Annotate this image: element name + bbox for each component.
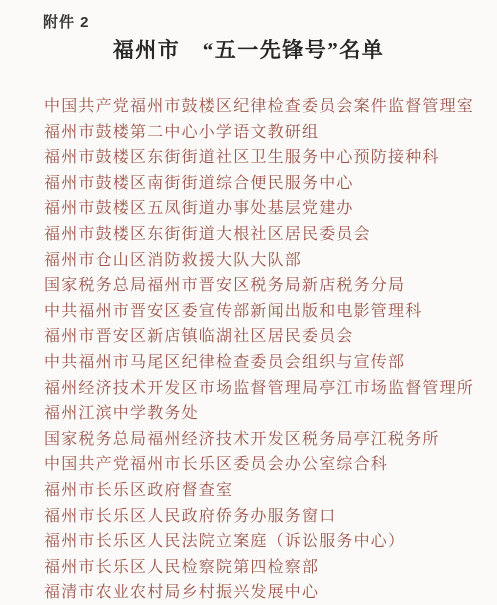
- page-title: 福州市 “五一先锋号”名单: [0, 34, 497, 64]
- list-item: 福州经济技术开发区市场监督管理局亭江市场监督管理所: [44, 376, 474, 402]
- document-page: 附件 2 福州市 “五一先锋号”名单 中国共产党福州市鼓楼区纪律检查委员会案件监…: [0, 0, 497, 605]
- list-item: 福州市鼓楼区五凤街道办事处基层党建办: [44, 196, 474, 222]
- list-item: 福州市长乐区人民法院立案庭（诉讼服务中心）: [44, 529, 474, 555]
- list-item: 福州市晋安区新店镇临湖社区居民委员会: [44, 324, 474, 350]
- list-item: 福州市鼓楼区东街街道社区卫生服务中心预防接种科: [44, 145, 474, 171]
- list-item: 中共福州市晋安区委宣传部新闻出版和电影管理科: [44, 299, 474, 325]
- list-item: 福州市鼓楼区东街街道大根社区居民委员会: [44, 222, 474, 248]
- list-item: 中共福州市马尾区纪律检查委员会组织与宣传部: [44, 350, 474, 376]
- list-item: 福州江滨中学教务处: [44, 401, 474, 427]
- award-list: 中国共产党福州市鼓楼区纪律检查委员会案件监督管理室福州市鼓楼第二中心小学语文教研…: [44, 94, 474, 605]
- list-item: 中国共产党福州市鼓楼区纪律检查委员会案件监督管理室: [44, 94, 474, 120]
- list-item: 福州市鼓楼第二中心小学语文教研组: [44, 120, 474, 146]
- list-item: 福清市农业农村局乡村振兴发展中心: [44, 580, 474, 605]
- list-item: 福州市长乐区政府督查室: [44, 478, 474, 504]
- list-item: 国家税务总局福州经济技术开发区税务局亭江税务所: [44, 427, 474, 453]
- list-item: 福州市长乐区人民检察院第四检察部: [44, 555, 474, 581]
- attachment-label: 附件 2: [43, 11, 90, 32]
- list-item: 福州市仓山区消防救援大队大队部: [44, 248, 474, 274]
- list-item: 福州市鼓楼区南街街道综合便民服务中心: [44, 171, 474, 197]
- list-item: 中国共产党福州市长乐区委员会办公室综合科: [44, 452, 474, 478]
- list-item: 国家税务总局福州市晋安区税务局新店税务分局: [44, 273, 474, 299]
- list-item: 福州市长乐区人民政府侨务办服务窗口: [44, 504, 474, 530]
